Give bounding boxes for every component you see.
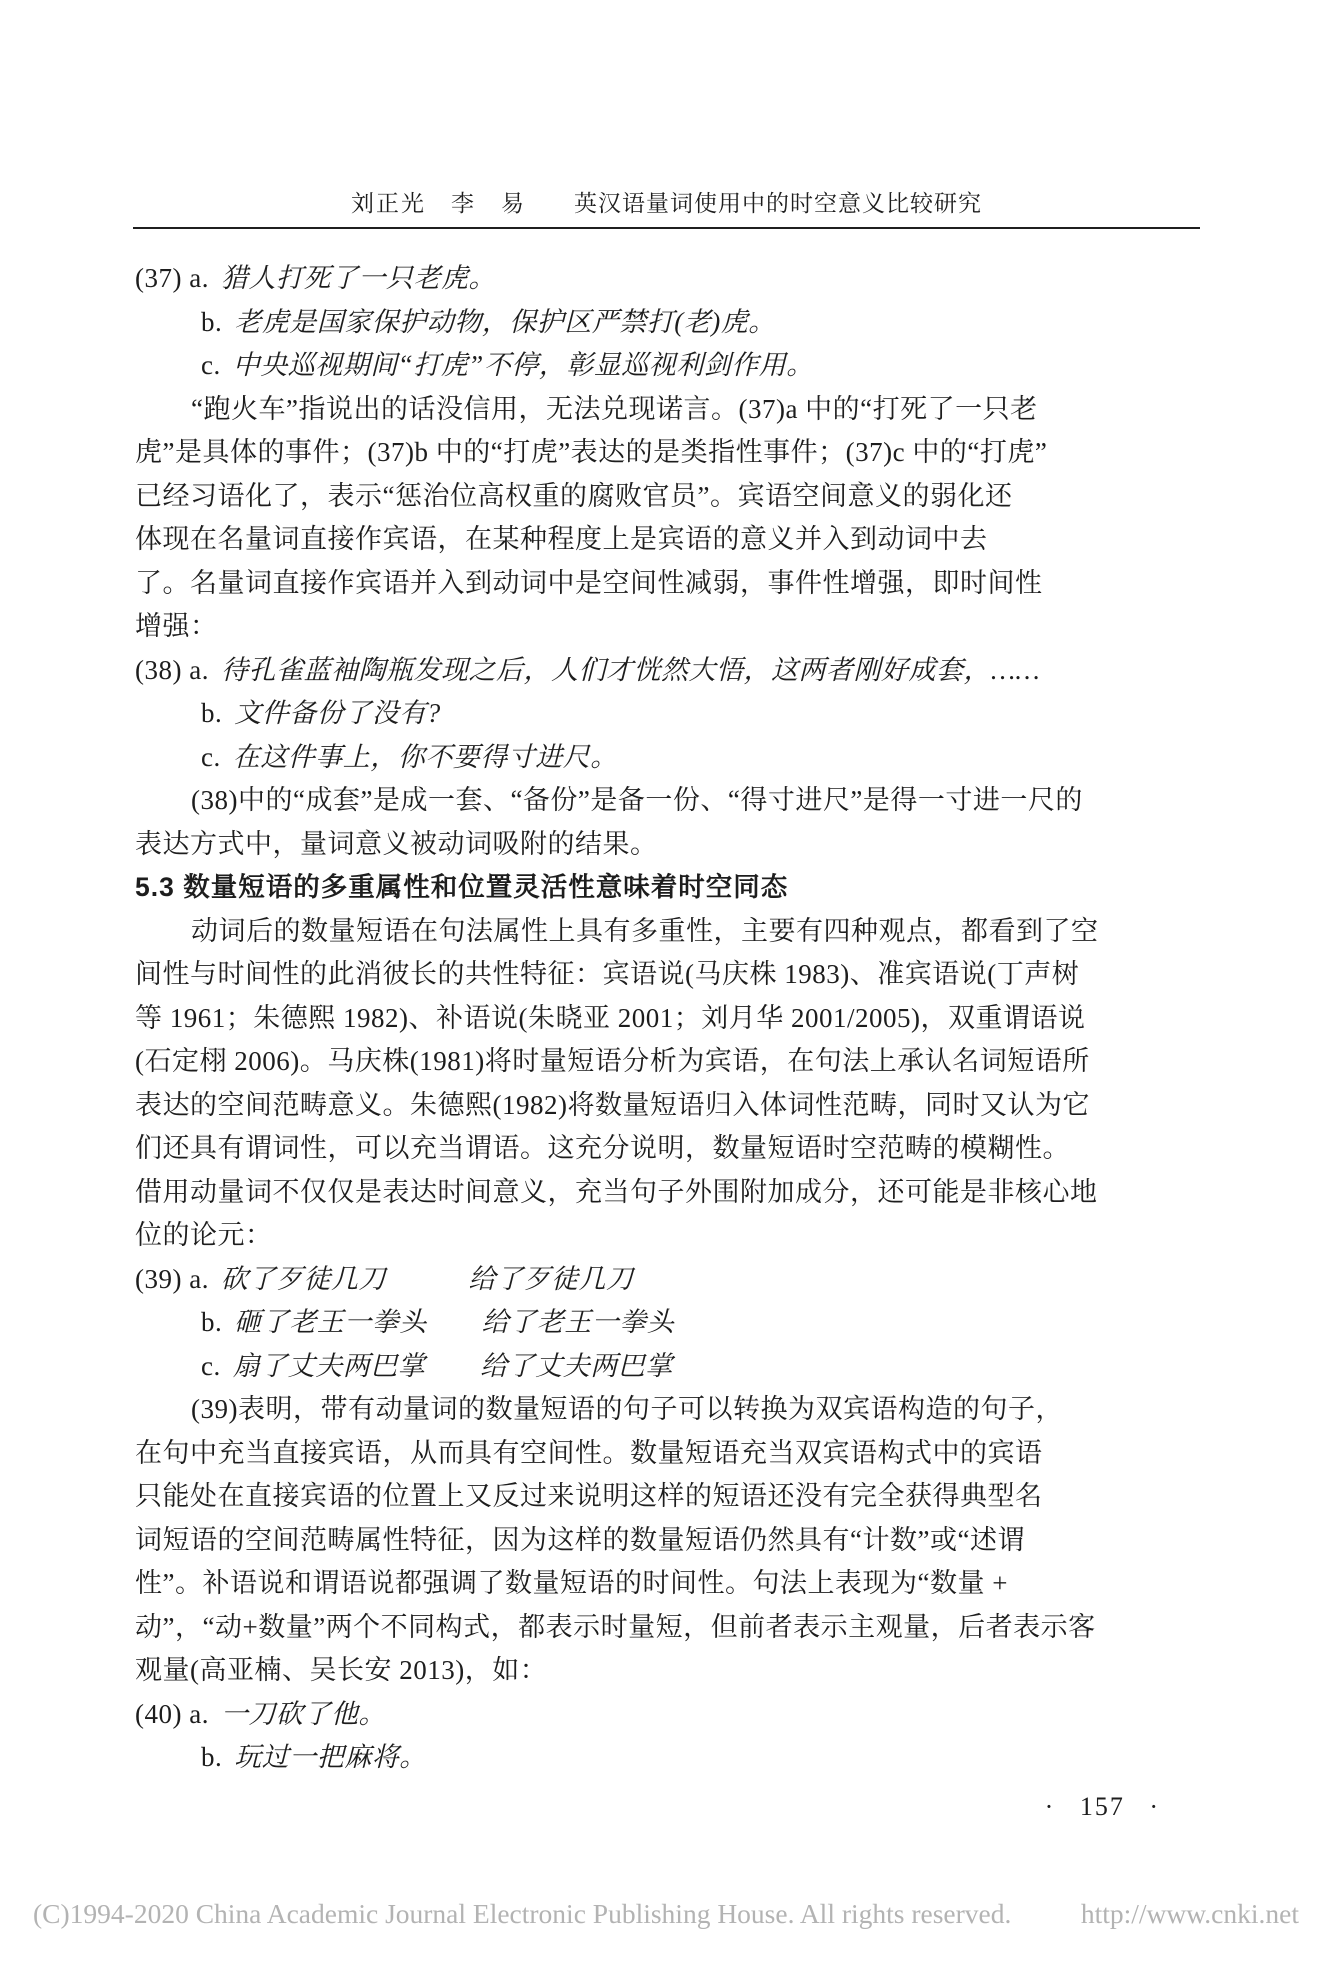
text-line: 动”，“动+数量”两个不同构式，都表示时量短，但前者表示主观量，后者表示客 <box>135 1606 1202 1650</box>
text-line: “跑火车”指说出的话没信用，无法兑现诺言。(37)a 中的“打死了一只老 <box>135 388 1202 432</box>
text-line: 虎”是具体的事件；(37)b 中的“打虎”表达的是类指性事件；(37)c 中的“… <box>135 431 1202 475</box>
line-text: 玩过一把麻将。 <box>234 1742 427 1772</box>
header-paper-title: 英汉语量词使用中的时空意义比较研究 <box>574 191 982 216</box>
line-text: 中央巡视期间“打虎”不停，彰显巡视利剑作用。 <box>233 350 814 380</box>
line-text: 待孔雀蓝袖陶瓶发现之后，人们才恍然大悟，这两者刚好成套，…… <box>221 655 1040 685</box>
text-line: 表达的空间范畴意义。朱德熙(1982)将数量短语归入体词性范畴，同时又认为它 <box>135 1084 1202 1128</box>
line-text: 砸了老王一拳头 给了老王一拳头 <box>234 1307 674 1337</box>
text-line: 动词后的数量短语在句法属性上具有多重性，主要有四种观点，都看到了空 <box>135 910 1202 954</box>
paper-page: 刘正光 李 易英汉语量词使用中的时空意义比较研究 (37) a.猎人打死了一只老… <box>0 0 1330 1972</box>
text-line: (39)表明，带有动量词的数量短语的句子可以转换为双宾语构造的句子， <box>135 1388 1202 1432</box>
line-text: 已经习语化了，表示“惩治位高权重的腐败官员”。宾语空间意义的弱化还 <box>135 481 1012 511</box>
example-label: b. <box>201 307 222 337</box>
footer-copyright: (C)1994-2020 China Academic Journal Elec… <box>33 1898 1011 1930</box>
example-label: (37) a. <box>135 263 209 293</box>
line-text: 动”，“动+数量”两个不同构式，都表示时量短，但前者表示主观量，后者表示客 <box>135 1612 1096 1642</box>
example-label: (38) a. <box>135 655 209 685</box>
text-line: 只能处在直接宾语的位置上又反过来说明这样的短语还没有完全获得典型名 <box>135 1475 1202 1519</box>
text-line: 位的论元： <box>135 1214 1202 1258</box>
line-text: (38)中的“成套”是成一套、“备份”是备一份、“得寸进尺”是得一寸进一尺的 <box>191 785 1083 815</box>
line-text: (石定栩 2006)。马庆株(1981)将时量短语分析为宾语，在句法上承认名词短… <box>135 1046 1090 1076</box>
footer-url: http://www.cnki.net <box>1081 1898 1299 1930</box>
example-label: (39) a. <box>135 1264 209 1294</box>
text-line: b.玩过一把麻将。 <box>135 1736 1202 1780</box>
line-text: 观量(高亚楠、吴长安 2013)，如： <box>135 1655 547 1685</box>
content-lines: (37) a.猎人打死了一只老虎。b.老虎是国家保护动物，保护区严禁打(老)虎。… <box>135 257 1202 1780</box>
text-line: b.砸了老王一拳头 给了老王一拳头 <box>135 1301 1202 1345</box>
line-text: 在这件事上，你不要得寸进尺。 <box>233 742 618 772</box>
example-label: b. <box>201 698 222 728</box>
line-text: 动词后的数量短语在句法属性上具有多重性，主要有四种观点，都看到了空 <box>191 916 1099 946</box>
text-line: 表达方式中，量词意义被动词吸附的结果。 <box>135 823 1202 867</box>
line-text: 砍了歹徒几刀 给了歹徒几刀 <box>221 1264 634 1294</box>
line-text: 间性与时间性的此消彼长的共性特征：宾语说(马庆株 1983)、准宾语说(丁声树 <box>135 959 1079 989</box>
text-line: (39) a.砍了歹徒几刀 给了歹徒几刀 <box>135 1258 1202 1302</box>
page-number: · 157 · <box>133 1792 1160 1822</box>
example-label: c. <box>201 350 221 380</box>
line-text: 们还具有谓词性，可以充当谓语。这充分说明，数量短语时空范畴的模糊性。 <box>135 1133 1070 1163</box>
text-line: (37) a.猎人打死了一只老虎。 <box>135 257 1202 301</box>
text-line: b.老虎是国家保护动物，保护区严禁打(老)虎。 <box>135 301 1202 345</box>
example-label: c. <box>201 1351 221 1381</box>
line-text: 只能处在直接宾语的位置上又反过来说明这样的短语还没有完全获得典型名 <box>135 1481 1043 1511</box>
line-text: (39)表明，带有动量词的数量短语的句子可以转换为双宾语构造的句子， <box>191 1394 1063 1424</box>
text-line: 借用动量词不仅仅是表达时间意义，充当句子外围附加成分，还可能是非核心地 <box>135 1171 1202 1215</box>
text-line: 已经习语化了，表示“惩治位高权重的腐败官员”。宾语空间意义的弱化还 <box>135 475 1202 519</box>
example-label: (40) a. <box>135 1699 209 1729</box>
example-label: b. <box>201 1307 222 1337</box>
header-rule-divider <box>133 227 1200 229</box>
text-line: 词短语的空间范畴属性特征，因为这样的数量短语仍然具有“计数”或“述谓 <box>135 1519 1202 1563</box>
text-line: (40) a.一刀砍了他。 <box>135 1693 1202 1737</box>
section-heading: 5.3 数量短语的多重属性和位置灵活性意味着时空同态 <box>135 866 1202 910</box>
text-line: 性”。补语说和谓语说都强调了数量短语的时间性。句法上表现为“数量 + <box>135 1562 1202 1606</box>
running-header: 刘正光 李 易英汉语量词使用中的时空意义比较研究 <box>133 190 1200 218</box>
text-line: (38) a.待孔雀蓝袖陶瓶发现之后，人们才恍然大悟，这两者刚好成套，…… <box>135 649 1202 693</box>
text-line: (38)中的“成套”是成一套、“备份”是备一份、“得寸进尺”是得一寸进一尺的 <box>135 779 1202 823</box>
line-text: 借用动量词不仅仅是表达时间意义，充当句子外围附加成分，还可能是非核心地 <box>135 1177 1098 1207</box>
example-label: b. <box>201 1742 222 1772</box>
line-text: 表达方式中，量词意义被动词吸附的结果。 <box>135 829 658 859</box>
line-text: 文件备份了没有? <box>234 698 441 728</box>
line-text: 性”。补语说和谓语说都强调了数量短语的时间性。句法上表现为“数量 + <box>135 1568 1008 1598</box>
line-text: 表达的空间范畴意义。朱德熙(1982)将数量短语归入体词性范畴，同时又认为它 <box>135 1090 1090 1120</box>
text-line: 了。名量词直接作宾语并入到动词中是空间性减弱，事件性增强，即时间性 <box>135 562 1202 606</box>
line-text: 位的论元： <box>135 1220 273 1250</box>
line-text: 增强： <box>135 611 218 641</box>
text-line: 等 1961；朱德熙 1982)、补语说(朱晓亚 2001；刘月华 2001/2… <box>135 997 1202 1041</box>
line-text: 一刀砍了他。 <box>221 1699 386 1729</box>
text-line: 增强： <box>135 605 1202 649</box>
text-line: 们还具有谓词性，可以充当谓语。这充分说明，数量短语时空范畴的模糊性。 <box>135 1127 1202 1171</box>
line-text: 老虎是国家保护动物，保护区严禁打(老)虎。 <box>234 307 775 337</box>
line-text: 等 1961；朱德熙 1982)、补语说(朱晓亚 2001；刘月华 2001/2… <box>135 1003 1085 1033</box>
line-text: 了。名量词直接作宾语并入到动词中是空间性减弱，事件性增强，即时间性 <box>135 568 1043 598</box>
text-line: c.扇了丈夫两巴掌 给了丈夫两巴掌 <box>135 1345 1202 1389</box>
example-label: c. <box>201 742 221 772</box>
scan-footer: (C)1994-2020 China Academic Journal Elec… <box>33 1898 1299 1930</box>
line-text: 虎”是具体的事件；(37)b 中的“打虎”表达的是类指性事件；(37)c 中的“… <box>135 437 1047 467</box>
text-line: c.在这件事上，你不要得寸进尺。 <box>135 736 1202 780</box>
line-text: 5.3 数量短语的多重属性和位置灵活性意味着时空同态 <box>135 872 788 902</box>
line-text: 猎人打死了一只老虎。 <box>221 263 496 293</box>
line-text: “跑火车”指说出的话没信用，无法兑现诺言。(37)a 中的“打死了一只老 <box>191 394 1038 424</box>
line-text: 扇了丈夫两巴掌 给了丈夫两巴掌 <box>233 1351 673 1381</box>
text-line: 体现在名量词直接作宾语，在某种程度上是宾语的意义并入到动词中去 <box>135 518 1202 562</box>
text-line: 间性与时间性的此消彼长的共性特征：宾语说(马庆株 1983)、准宾语说(丁声树 <box>135 953 1202 997</box>
line-text: 体现在名量词直接作宾语，在某种程度上是宾语的意义并入到动词中去 <box>135 524 988 554</box>
text-line: c.中央巡视期间“打虎”不停，彰显巡视利剑作用。 <box>135 344 1202 388</box>
text-line: 在句中充当直接宾语，从而具有空间性。数量短语充当双宾语构式中的宾语 <box>135 1432 1202 1476</box>
text-line: b.文件备份了没有? <box>135 692 1202 736</box>
text-line: (石定栩 2006)。马庆株(1981)将时量短语分析为宾语，在句法上承认名词短… <box>135 1040 1202 1084</box>
line-text: 词短语的空间范畴属性特征，因为这样的数量短语仍然具有“计数”或“述谓 <box>135 1525 1025 1555</box>
text-line: 观量(高亚楠、吴长安 2013)，如： <box>135 1649 1202 1693</box>
line-text: 在句中充当直接宾语，从而具有空间性。数量短语充当双宾语构式中的宾语 <box>135 1438 1043 1468</box>
header-authors: 刘正光 李 易 <box>351 191 526 216</box>
